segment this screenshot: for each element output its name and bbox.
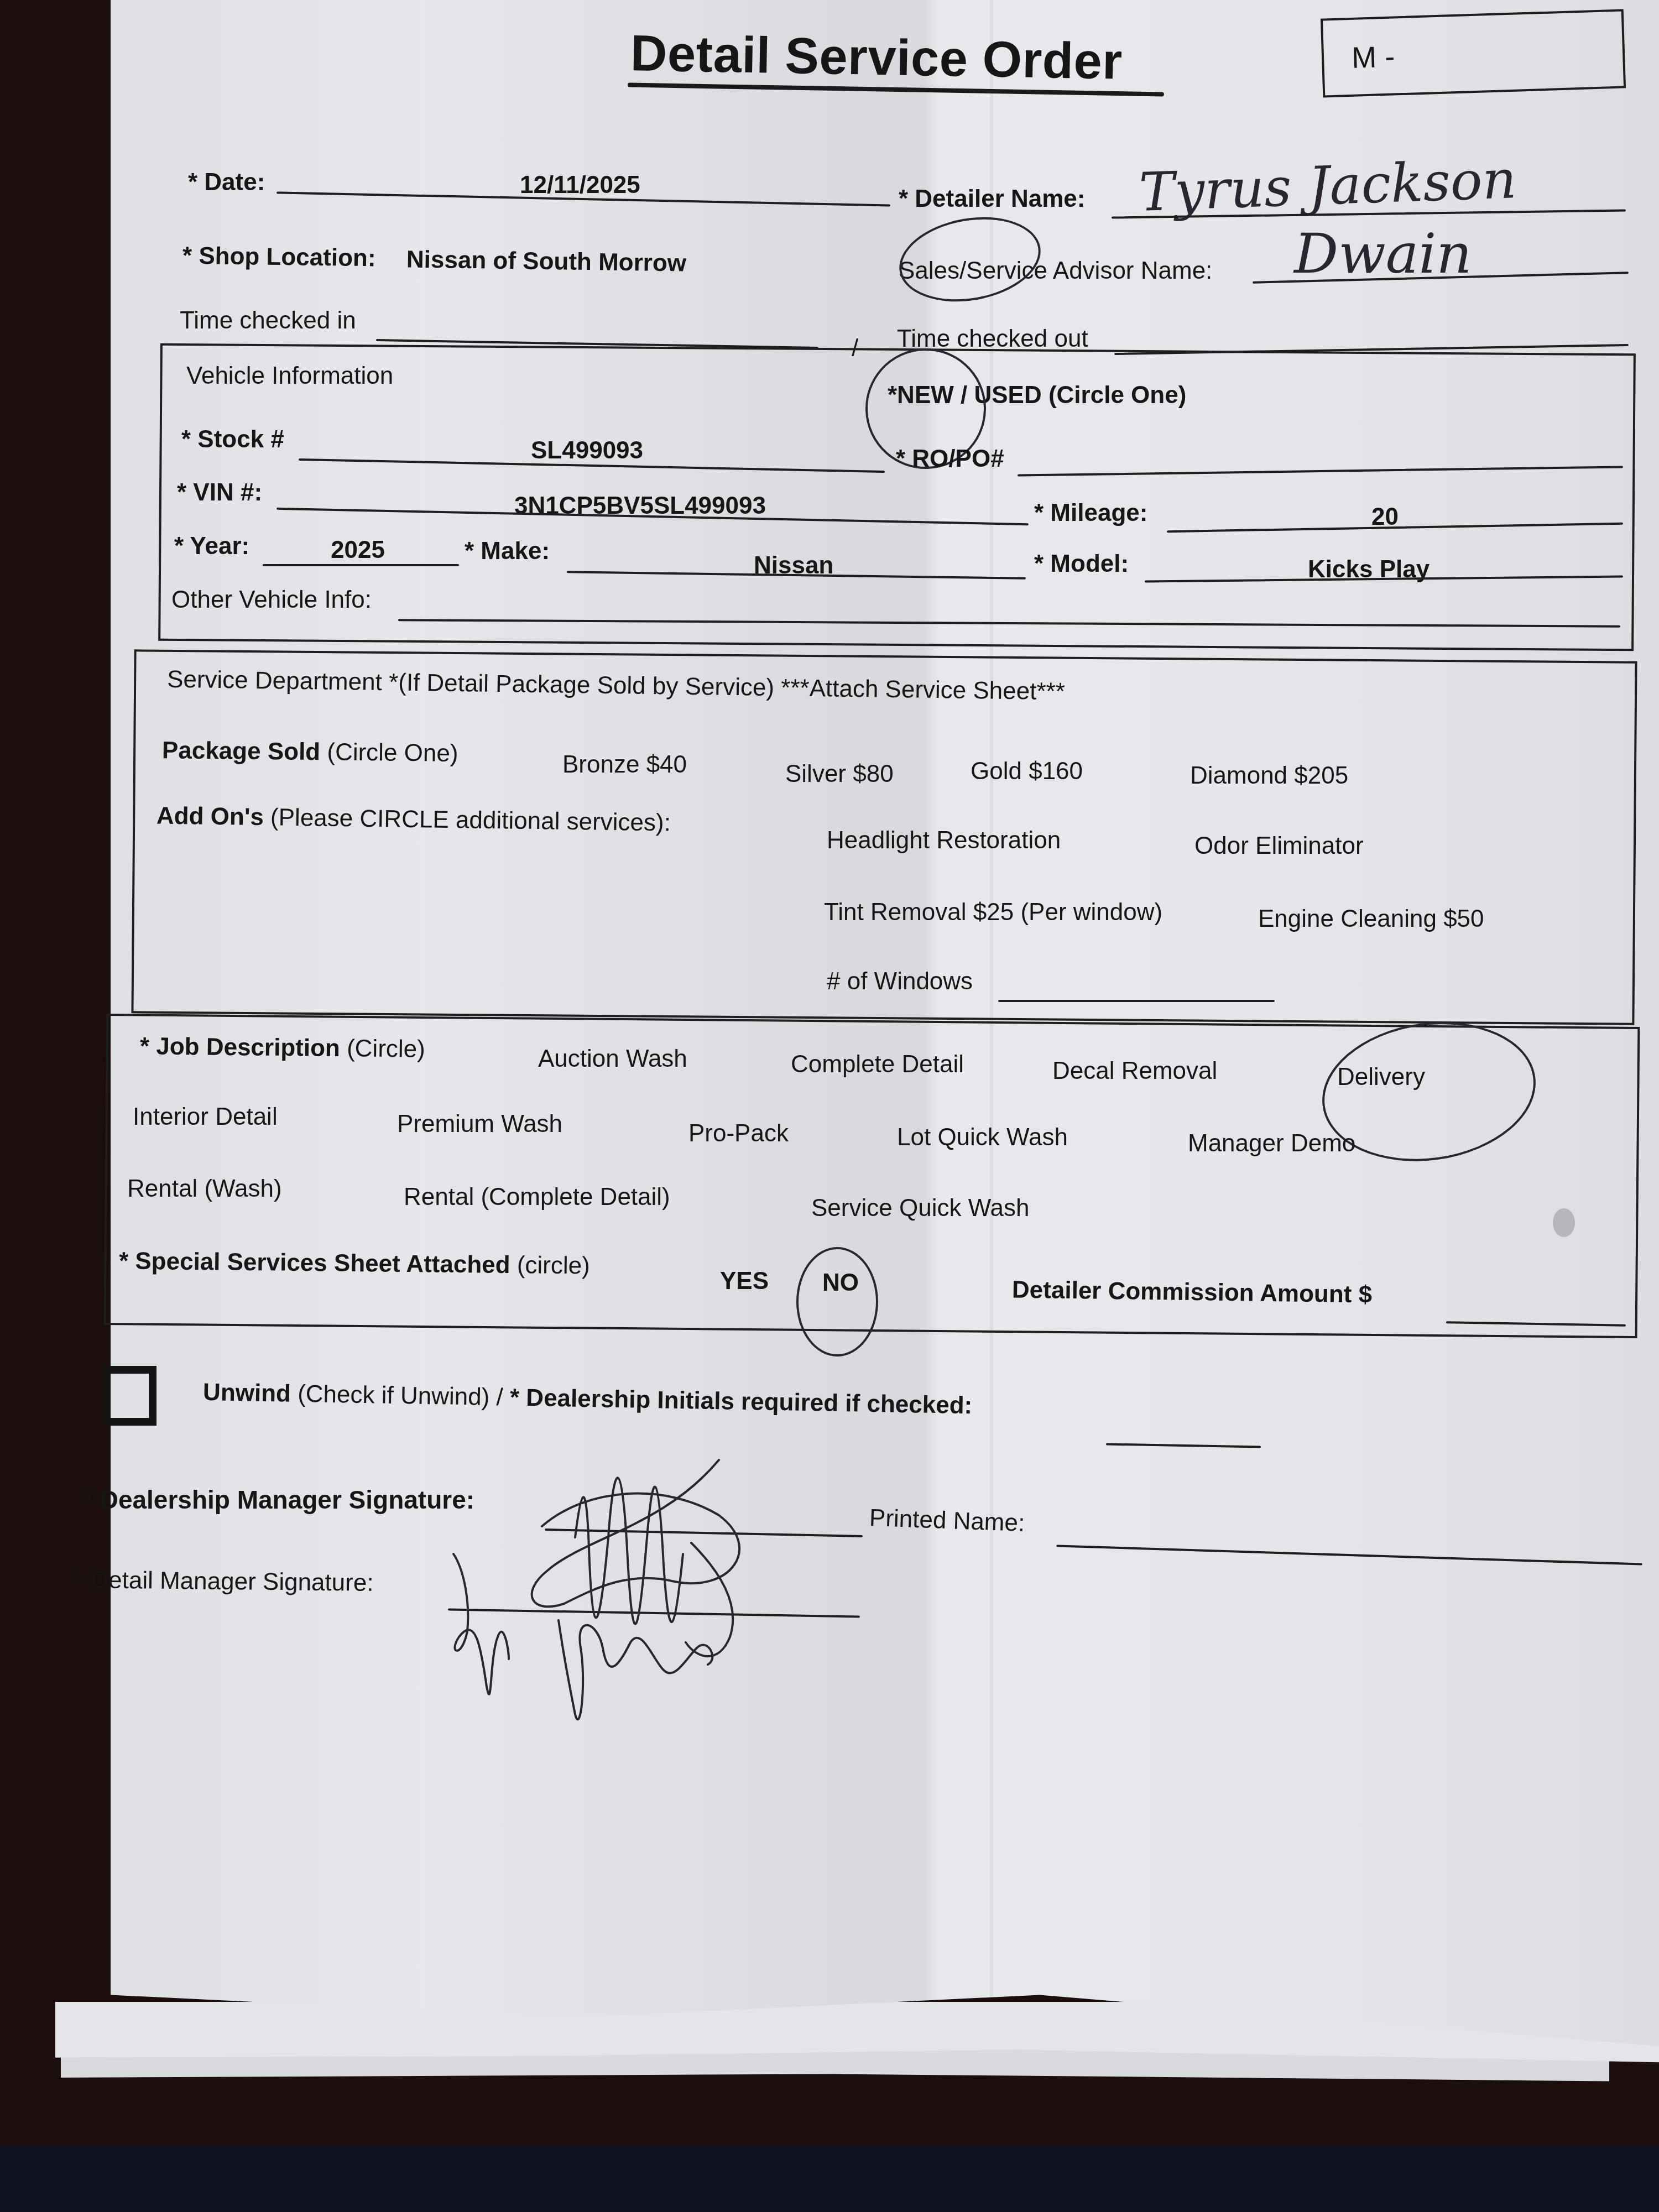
date-label: * Date: — [188, 169, 265, 196]
job-decal-removal[interactable]: Decal Removal — [1052, 1057, 1217, 1085]
windows-count-line[interactable] — [998, 1000, 1275, 1002]
addons-bold: Add On's — [156, 802, 264, 831]
date-value[interactable]: 12/11/2025 — [520, 171, 640, 199]
stock-value[interactable]: SL499093 — [531, 437, 643, 465]
special-services-bold: * Special Services Sheet Attached — [119, 1248, 510, 1279]
unwind-hint: (Check if Unwind) / — [298, 1380, 503, 1411]
printed-name-label: Printed Name: — [869, 1504, 1025, 1537]
detail-manager-signature-label: * Detail Manager Signature: — [75, 1566, 374, 1597]
job-manager-demo[interactable]: Manager Demo — [1188, 1130, 1355, 1157]
make-label: * Make: — [465, 538, 550, 565]
vehicle-info-heading: Vehicle Information — [186, 362, 393, 390]
package-gold[interactable]: Gold $160 — [971, 758, 1083, 785]
model-label: * Model: — [1034, 550, 1129, 578]
shop-location-label: * Shop Location: — [182, 242, 376, 273]
addon-headlight-restoration[interactable]: Headlight Restoration — [827, 827, 1061, 854]
stock-label: * Stock # — [181, 426, 284, 453]
package-silver[interactable]: Silver $80 — [785, 760, 894, 788]
addon-engine-cleaning[interactable]: Engine Cleaning $50 — [1258, 905, 1484, 933]
job-lot-quick-wash[interactable]: Lot Quick Wash — [897, 1124, 1068, 1151]
package-sold-label: Package Sold (Circle One) — [162, 737, 458, 768]
job-description-bold: * Job Description — [140, 1032, 340, 1062]
package-diamond[interactable]: Diamond $205 — [1190, 762, 1348, 790]
package-sold-hint: (Circle One) — [327, 738, 458, 766]
job-rental-complete-detail[interactable]: Rental (Complete Detail) — [404, 1183, 670, 1211]
package-bronze[interactable]: Bronze $40 — [562, 751, 687, 779]
job-complete-detail[interactable]: Complete Detail — [791, 1051, 964, 1078]
special-services-hint: (circle) — [517, 1251, 590, 1279]
mileage-label: * Mileage: — [1034, 499, 1147, 527]
time-in-label: Time checked in — [180, 307, 356, 335]
addons-hint: (Please CIRCLE additional services): — [270, 804, 671, 836]
vin-label: * VIN #: — [177, 479, 262, 507]
year-label: * Year: — [174, 533, 249, 560]
job-pro-pack[interactable]: Pro-Pack — [688, 1120, 789, 1147]
m-number-box[interactable]: M - — [1321, 9, 1626, 97]
paper-spot — [1553, 1208, 1575, 1237]
unwind-bold: Unwind — [203, 1379, 291, 1407]
dealership-signature-label: * Dealership Manager Signature: — [83, 1485, 474, 1515]
m-number-label: M - — [1351, 39, 1395, 75]
job-rental-wash[interactable]: Rental (Wash) — [127, 1175, 282, 1203]
job-description-label: * Job Description (Circle) — [140, 1032, 425, 1063]
job-description-hint: (Circle) — [347, 1035, 425, 1062]
addon-tint-removal[interactable]: Tint Removal $25 (Per window) — [824, 899, 1162, 926]
job-premium-wash[interactable]: Premium Wash — [397, 1110, 562, 1138]
unwind-checkbox[interactable] — [102, 1366, 156, 1426]
addon-odor-eliminator[interactable]: Odor Eliminator — [1194, 832, 1364, 860]
commission-label: Detailer Commission Amount $ — [1012, 1276, 1373, 1308]
handwritten-signature — [431, 1427, 852, 1747]
other-vehicle-info-label: Other Vehicle Info: — [171, 586, 372, 614]
package-sold-bold: Package Sold — [162, 737, 321, 765]
job-interior-detail[interactable]: Interior Detail — [133, 1103, 278, 1131]
job-service-quick-wash[interactable]: Service Quick Wash — [811, 1194, 1029, 1222]
shop-location-value: Nissan of South Morrow — [406, 246, 687, 277]
year-value[interactable]: 2025 — [331, 536, 385, 564]
ro-po-label: * RO/PO# — [896, 445, 1004, 473]
no-circle-mark — [796, 1247, 878, 1357]
windows-count-label: # of Windows — [827, 968, 973, 995]
year-line — [263, 564, 459, 566]
special-services-label: * Special Services Sheet Attached (circl… — [119, 1248, 590, 1280]
special-services-yes[interactable]: YES — [720, 1267, 769, 1295]
detailer-label: * Detailer Name: — [899, 185, 1085, 213]
desk-background — [0, 2146, 1659, 2212]
job-auction-wash[interactable]: Auction Wash — [538, 1045, 687, 1073]
form-title: Detail Service Order — [630, 24, 1123, 91]
